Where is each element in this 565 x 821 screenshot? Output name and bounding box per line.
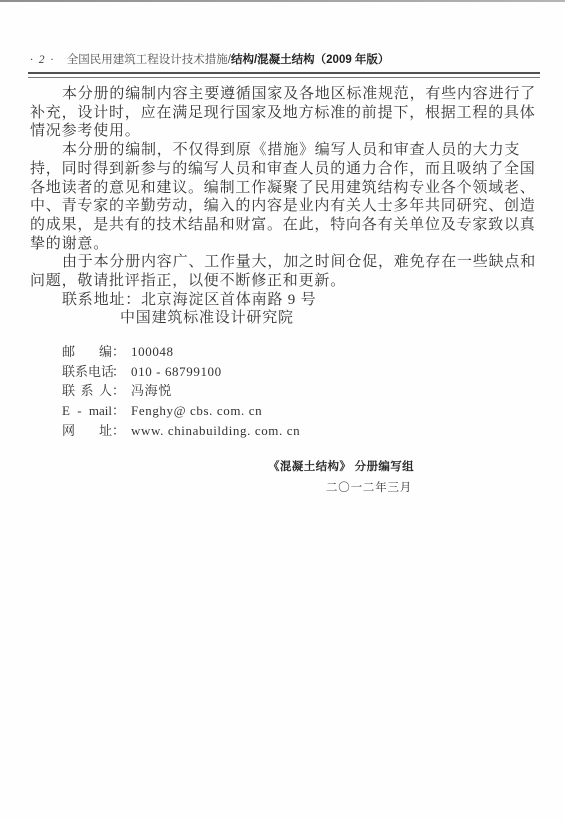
body-text-line: 本分册的编制内容主要遵循国家及各地区标准规范，有些内容进行了 bbox=[30, 85, 540, 104]
body-text-line: 补充，设计时，应在满足现行国家及地方标准的前提下，根据工程的具体 bbox=[30, 104, 540, 123]
header-title: 全国民用建筑工程设计技术措施/结构/混凝土结构（2009 年版） bbox=[67, 53, 390, 67]
contact-colon: ： bbox=[112, 362, 125, 382]
contact-colon: ： bbox=[112, 401, 125, 421]
contact-label: E - mail bbox=[62, 401, 112, 421]
header-double-rule bbox=[28, 72, 540, 78]
body-text-line: 中国建筑标准设计研究院 bbox=[30, 309, 540, 328]
contact-value: www. chinabuilding. com. cn bbox=[131, 423, 300, 438]
contact-value: 100048 bbox=[131, 344, 174, 359]
contact-value: 010 - 68799100 bbox=[131, 364, 222, 379]
header-title-series: 全国民用建筑工程设计技术措施/ bbox=[67, 54, 231, 66]
contact-colon: ： bbox=[112, 421, 125, 441]
contact-row: 联系人：冯海悦 bbox=[62, 381, 300, 401]
body-text-line: 各地读者的意见和建议。编制工作凝聚了民用建筑结构专业各个领域老、 bbox=[30, 179, 540, 198]
scanned-book-page: · 2 · 全国民用建筑工程设计技术措施/结构/混凝土结构（2009 年版） 本… bbox=[0, 0, 565, 821]
contact-info: 邮编：100048联系电话：010 - 68799100联系人：冯海悦E - m… bbox=[62, 342, 300, 441]
contact-colon: ： bbox=[112, 381, 125, 401]
contact-row: 联系电话：010 - 68799100 bbox=[62, 362, 300, 382]
body-text-line: 问题，敬请批评指正，以便不断修正和更新。 bbox=[30, 272, 540, 291]
contact-colon: ： bbox=[112, 342, 125, 362]
body-text-line: 持，同时得到新参与的编写人员和审查人员的通力合作，而且吸纳了全国 bbox=[30, 160, 540, 179]
contact-label: 网址 bbox=[62, 421, 112, 441]
signature-editor-group: 《混凝土结构》 分册编写组 bbox=[268, 458, 414, 474]
header-title-volume: 结构/混凝土结构（2009 年版） bbox=[231, 54, 389, 66]
body-text-line: 本分册的编制，不仅得到原《措施》编写人员和审查人员的大力支 bbox=[30, 141, 540, 160]
body-text-line: 联系地址：北京海淀区首体南路 9 号 bbox=[30, 291, 540, 310]
contact-row: 网址：www. chinabuilding. com. cn bbox=[62, 421, 300, 441]
signature-date: 二〇一二年三月 bbox=[326, 479, 412, 495]
body-text-line: 由于本分册内容广、工作量大，加之时间仓促，难免存在一些缺点和 bbox=[30, 253, 540, 272]
contact-value: 冯海悦 bbox=[131, 383, 172, 398]
body-text-line: 情况参考使用。 bbox=[30, 122, 540, 141]
body-text: 本分册的编制内容主要遵循国家及各地区标准规范，有些内容进行了补充，设计时，应在满… bbox=[30, 85, 540, 328]
contact-value: Fenghy@ cbs. com. cn bbox=[131, 403, 262, 418]
contact-label: 联系人 bbox=[62, 381, 112, 401]
body-text-line: 中、青专家的辛勤劳动，编入的内容是业内有关人士多年共同研究、创造 bbox=[30, 197, 540, 216]
contact-row: E - mail：Fenghy@ cbs. com. cn bbox=[62, 401, 300, 421]
page-number: · 2 · bbox=[30, 53, 55, 67]
body-text-line: 的成果，是共有的技术结晶和财富。在此，特向各有关单位及专家致以真 bbox=[30, 216, 540, 235]
contact-row: 邮编：100048 bbox=[62, 342, 300, 362]
body-text-line: 挚的谢意。 bbox=[30, 235, 540, 254]
contact-label: 邮编 bbox=[62, 342, 112, 362]
running-header: · 2 · 全国民用建筑工程设计技术措施/结构/混凝土结构（2009 年版） bbox=[30, 53, 542, 67]
scan-edge-line bbox=[0, 0, 565, 2]
contact-label: 联系电话 bbox=[62, 362, 112, 382]
